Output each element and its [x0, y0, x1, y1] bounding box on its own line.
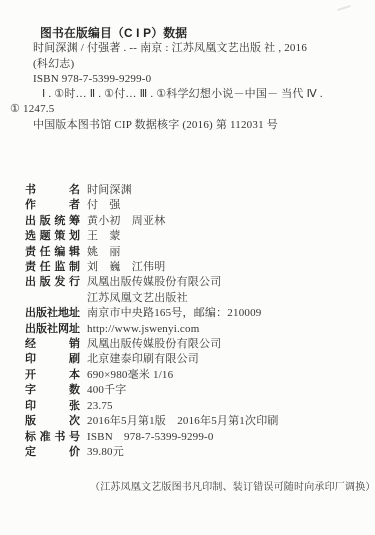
book-copyright-page: 图书在版编目（C I P）数据 时间深渊 / 付强著 . -- 南京 : 江苏凤…: [0, 0, 375, 535]
field-value: 2016年5月第1版 2016年5月第1次印刷: [87, 414, 279, 429]
field-value: ISBN 978-7-5399-9299-0: [87, 430, 214, 445]
field-label: 出版发行: [25, 275, 80, 290]
cip-line-class-number: ① 1247.5: [0, 102, 375, 117]
table-row-publisher-website: 出版社网址 http://www.jswenyi.com: [25, 322, 279, 337]
field-label: 出版社地址: [25, 306, 80, 321]
cip-block: 图书在版编目（C I P）数据 时间深渊 / 付强著 . -- 南京 : 江苏凤…: [0, 26, 375, 133]
field-label: 定价: [25, 445, 80, 460]
table-row-author: 作者 付 强: [25, 198, 279, 213]
field-label: 出版社网址: [25, 322, 80, 337]
field-label: 责任监制: [25, 260, 80, 275]
field-label: 印刷: [25, 352, 80, 367]
table-row-production-supervisor: 责任监制 刘 巍 江伟明: [25, 260, 279, 275]
table-row-distributor: 经销 凤凰出版传媒股份有限公司: [25, 337, 279, 352]
field-label: 出版统筹: [25, 214, 80, 229]
field-label: 字数: [25, 383, 80, 398]
scan-artifact: [337, 5, 351, 11]
field-value: 凤凰出版传媒股份有限公司: [87, 337, 221, 352]
cip-line-isbn: ISBN 978-7-5399-9299-0: [0, 72, 375, 87]
table-row-topic-planner: 选题策划 王 蒙: [25, 229, 279, 244]
table-row-publisher: 出版发行 凤凰出版传媒股份有限公司: [25, 275, 279, 290]
field-value: 王 蒙: [87, 229, 121, 244]
table-row-printed-sheets: 印张 23.75: [25, 399, 279, 414]
field-value: 南京市中央路165号，邮编：210009: [87, 306, 262, 321]
table-row-printer: 印刷 北京建泰印刷有限公司: [25, 352, 279, 367]
table-row-book-title: 书名 时间深渊: [25, 183, 279, 198]
table-row-publisher-continued: 江苏凤凰文艺出版社: [25, 291, 279, 306]
field-value: http://www.jswenyi.com: [87, 322, 199, 337]
cip-line-title-statement: 时间深渊 / 付强著 . -- 南京 : 江苏凤凰文艺出版 社 , 2016: [0, 41, 375, 56]
cip-line-record-number: 中国版本图书馆 CIP 数据核字 (2016) 第 112031 号: [0, 118, 375, 133]
cip-line-classification: Ⅰ . ①时… Ⅱ . ①付… Ⅲ . ①科学幻想小说－中国－ 当代 Ⅳ .: [0, 87, 375, 102]
colophon-table: 书名 时间深渊 作者 付 强 出版统筹 黄小初 周亚林 选题策划 王 蒙 责任编…: [25, 183, 279, 460]
field-label: 书名: [25, 183, 80, 198]
field-label: 版次: [25, 414, 80, 429]
field-label: 选题策划: [25, 229, 80, 244]
field-value: 江苏凤凰文艺出版社: [87, 291, 188, 306]
table-row-edition: 版次 2016年5月第1版 2016年5月第1次印刷: [25, 414, 279, 429]
cip-line-series: (科幻志): [0, 57, 375, 72]
field-label: 印张: [25, 399, 80, 414]
field-label: 作者: [25, 198, 80, 213]
table-row-publishing-coordinator: 出版统筹 黄小初 周亚林: [25, 214, 279, 229]
table-row-publisher-address: 出版社地址 南京市中央路165号，邮编：210009: [25, 306, 279, 321]
field-label: 经销: [25, 337, 80, 352]
field-value: 北京建泰印刷有限公司: [87, 352, 199, 367]
field-value: 690×980毫米 1/16: [87, 368, 173, 383]
table-row-standard-book-number: 标准书号 ISBN 978-7-5399-9299-0: [25, 430, 279, 445]
cip-title: 图书在版编目（C I P）数据: [0, 26, 375, 41]
field-value: 黄小初 周亚林: [87, 214, 165, 229]
field-value: 刘 巍 江伟明: [87, 260, 165, 275]
table-row-format: 开本 690×980毫米 1/16: [25, 368, 279, 383]
field-label: 标准书号: [25, 430, 80, 445]
field-value: 23.75: [87, 399, 113, 414]
misprint-replacement-note: （江苏凤凰文艺版图书凡印制、装订错误可随时向承印厂调换）: [0, 478, 375, 493]
table-row-responsible-editor: 责任编辑 姚 丽: [25, 245, 279, 260]
field-value: 付 强: [87, 198, 121, 213]
field-value: 39.80元: [87, 445, 124, 460]
field-value: 400千字: [87, 383, 127, 398]
field-label: 责任编辑: [25, 245, 80, 260]
field-value: 时间深渊: [87, 183, 132, 198]
field-value: 凤凰出版传媒股份有限公司: [87, 275, 221, 290]
field-value: 姚 丽: [87, 245, 121, 260]
table-row-word-count: 字数 400千字: [25, 383, 279, 398]
table-row-price: 定价 39.80元: [25, 445, 279, 460]
field-label: 开本: [25, 368, 80, 383]
